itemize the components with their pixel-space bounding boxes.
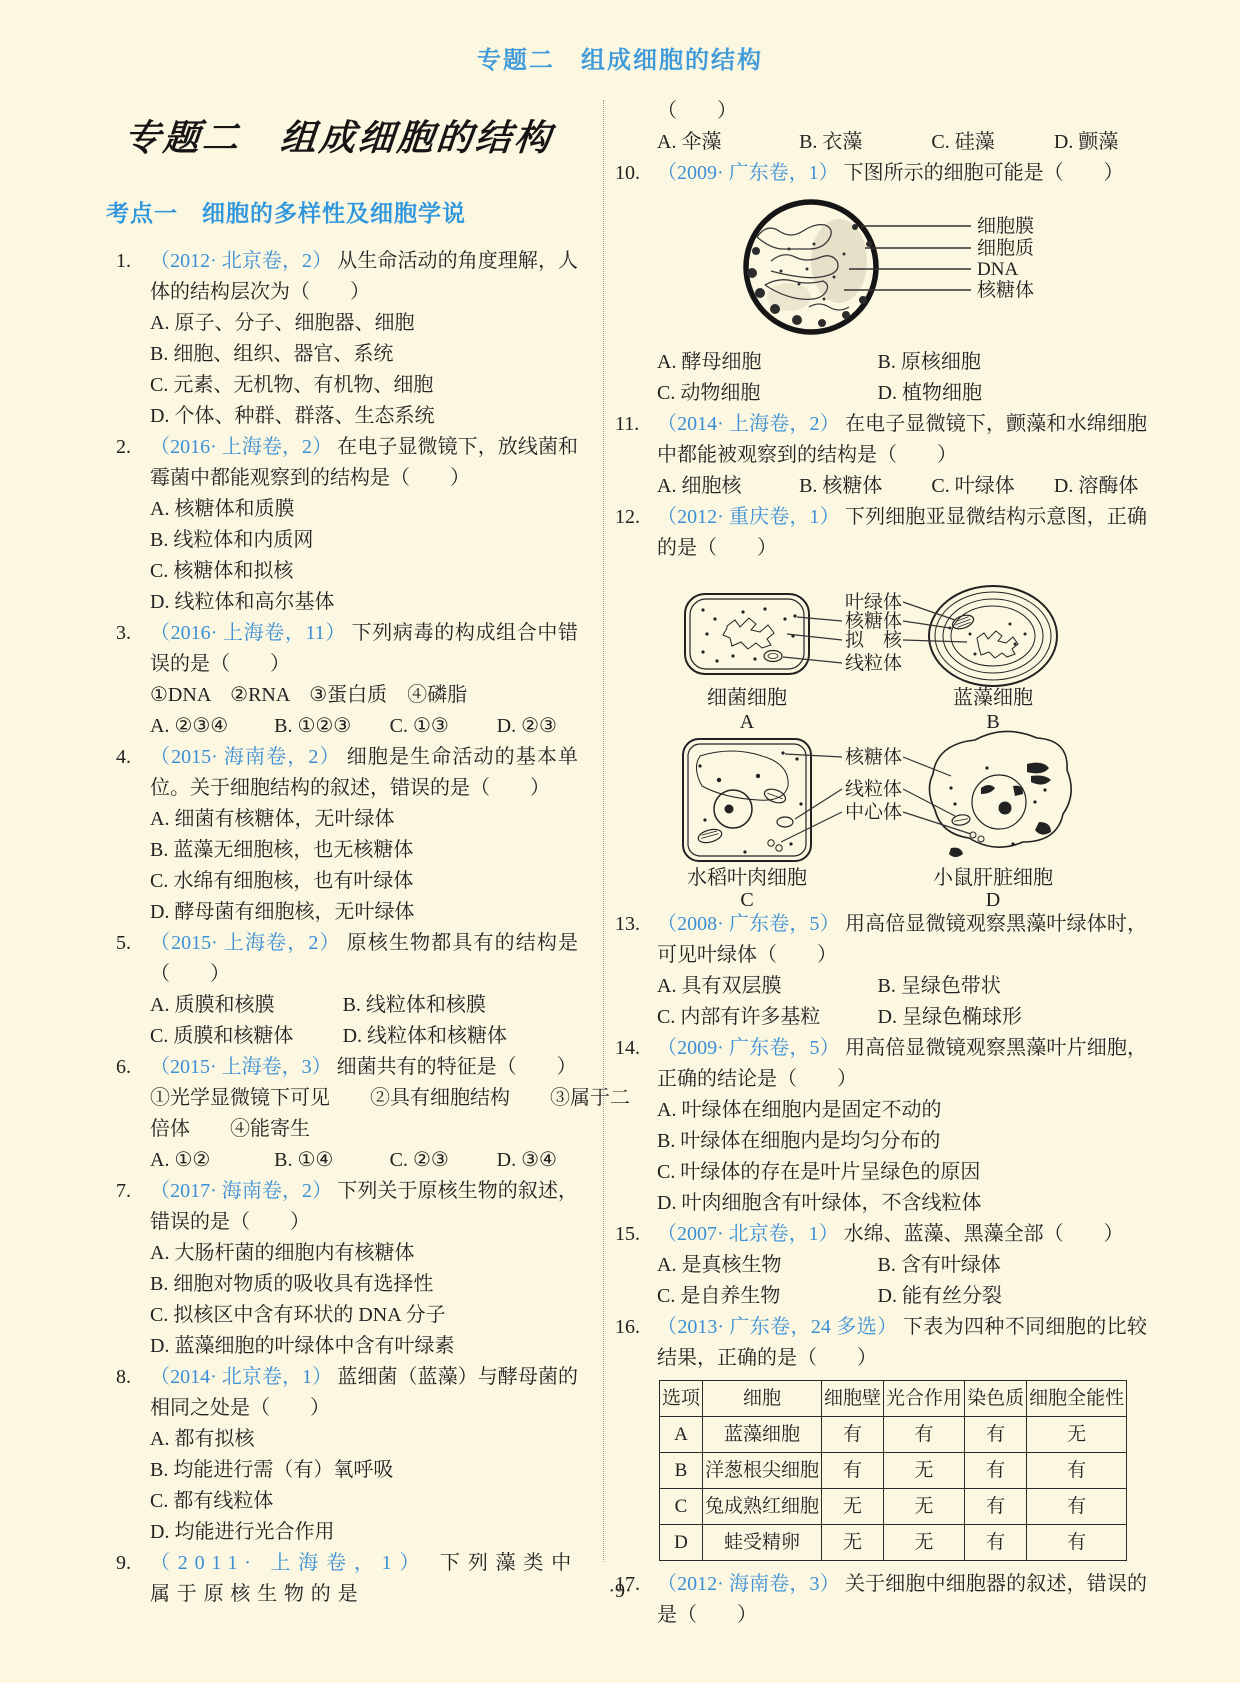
option: ①光学显微镜下可见 ②具有细胞结构 ③属于二	[150, 1083, 578, 1114]
question-body: （2016· 上海卷，11）下列病毒的构成组合中错误的是（ ）①DNA ②RNA…	[100, 618, 578, 742]
figure-caption-letter: A	[740, 711, 755, 733]
option-row: 倍体 ④能寄生	[150, 1114, 578, 1145]
table-cell: 有	[965, 1489, 1027, 1525]
question-number: 3.	[116, 618, 131, 649]
option: C. 内部有许多基粒	[657, 1002, 878, 1033]
figure-label: 叶绿体	[845, 591, 902, 613]
table-cell: 有	[1027, 1453, 1127, 1489]
option: D. 叶肉细胞含有叶绿体，不含线粒体	[657, 1188, 1147, 1219]
question-stem-text: 水绵、蓝藻、黑藻全部（ ）	[844, 1223, 1124, 1245]
option: C. 质膜和核糖体	[150, 1021, 343, 1052]
option-row: A. ①②B. ①④C. ②③D. ③④	[150, 1145, 578, 1176]
option-row: A. 伞藻B. 衣藻C. 硅藻D. 颤藻	[657, 127, 1147, 158]
option: A. 是真核生物	[657, 1250, 878, 1281]
main-title: 专题二 组成细胞的结构	[98, 110, 580, 161]
question-stem: （2012· 重庆卷，1）下列细胞亚显微结构示意图，正确的是（ ）	[657, 502, 1147, 564]
question-item: 1.（2012· 北京卷，2）从生命活动的角度理解，人体的结构层次为（ ）A. …	[100, 246, 578, 432]
option: A. 大肠杆菌的细胞内有核糖体	[150, 1238, 578, 1269]
question-stem-text: 下图所示的细胞可能是（ ）	[844, 162, 1124, 184]
option-row: B. 线粒体和内质网	[150, 525, 578, 556]
question-item: 11.（2014· 上海卷，2）在电子显微镜下，颤藻和水绵细胞中都能被观察到的结…	[615, 409, 1147, 502]
question-stem: （2014· 上海卷，2）在电子显微镜下，颤藻和水绵细胞中都能被观察到的结构是（…	[657, 409, 1147, 471]
option: B. 细胞对物质的吸收具有选择性	[150, 1269, 578, 1300]
question-number: 16.	[615, 1312, 640, 1343]
option-row: C. 质膜和核糖体D. 线粒体和核糖体	[150, 1021, 578, 1052]
option: B. 核糖体	[799, 471, 931, 502]
question-body: （2014· 上海卷，2）在电子显微镜下，颤藻和水绵细胞中都能被观察到的结构是（…	[615, 409, 1147, 502]
figure-caption-letter: C	[740, 889, 753, 909]
option-row: A. 细菌有核糖体，无叶绿体	[150, 804, 578, 835]
question-body: （2015· 海南卷，2）细胞是生命活动的基本单位。关于细胞结构的叙述，错误的是…	[100, 742, 578, 928]
question-citation: （2012· 重庆卷，1）	[657, 506, 845, 528]
table-cell: 有	[965, 1417, 1027, 1453]
option: A. 都有拟核	[150, 1424, 578, 1455]
table-header-cell: 光合作用	[884, 1381, 965, 1417]
figure-label: 线粒体	[845, 778, 902, 800]
question-item: 12.（2012· 重庆卷，1）下列细胞亚显微结构示意图，正确的是（ ）	[615, 502, 1147, 909]
option: 倍体 ④能寄生	[150, 1114, 578, 1145]
option: C. 硅藻	[931, 127, 1054, 158]
option-row: A. 核糖体和质膜	[150, 494, 578, 525]
question-body: （2015· 上海卷，2）原核生物都具有的结构是（ ）A. 质膜和核膜B. 线粒…	[100, 928, 578, 1052]
question-number: 4.	[116, 742, 131, 773]
option: C. 核糖体和拟核	[150, 556, 578, 587]
question-stem: （2009· 广东卷，5）用高倍显微镜观察黑藻叶片细胞，正确的结论是（ ）	[657, 1033, 1147, 1095]
prokaryote-cell-diagram: 细胞膜 细胞质 DNA 核糖体	[639, 189, 1139, 347]
table-header-cell: 染色质	[965, 1381, 1027, 1417]
figure-caption: 水稻叶肉细胞	[687, 866, 807, 889]
question-citation: （2013· 广东卷，24 多选）	[657, 1316, 903, 1338]
question-stem: （2008· 广东卷，5）用高倍显微镜观察黑藻叶绿体时，可见叶绿体（ ）	[657, 909, 1147, 971]
option: B. 均能进行需（有）氧呼吸	[150, 1455, 578, 1486]
option-row: A. 细胞核B. 核糖体C. 叶绿体D. 溶酶体	[657, 471, 1147, 502]
option-row: C. 核糖体和拟核	[150, 556, 578, 587]
table-cell: 无	[822, 1489, 884, 1525]
option-row: C. 水绵有细胞核，也有叶绿体	[150, 866, 578, 897]
option: D. 颤藻	[1054, 127, 1147, 158]
table-header-row: 选项细胞细胞壁光合作用染色质细胞全能性	[660, 1381, 1127, 1417]
cyanobacterium-cell	[929, 586, 1057, 686]
option: D. ③④	[497, 1145, 578, 1176]
option-row: D. 均能进行光合作用	[150, 1517, 578, 1548]
question-number: 14.	[615, 1033, 640, 1064]
table-cell: 有	[1027, 1525, 1127, 1561]
question-citation: （2014· 上海卷，2）	[657, 413, 845, 435]
table-cell: 有	[1027, 1489, 1127, 1525]
table-cell: 有	[822, 1417, 884, 1453]
question-number: 9.	[116, 1548, 131, 1579]
option: （ ）	[657, 96, 1147, 127]
question-stem: （2016· 上海卷，2）在电子显微镜下，放线菌和霉菌中都能观察到的结构是（ ）	[150, 432, 578, 494]
question-number: 8.	[116, 1362, 131, 1393]
option-row: D. 叶肉细胞含有叶绿体，不含线粒体	[657, 1188, 1147, 1219]
question-citation: （2009· 广东卷，1）	[657, 162, 844, 184]
question-citation: （2014· 北京卷，1）	[150, 1366, 337, 1388]
option-row: C. 元素、无机物、有机物、细胞	[150, 370, 578, 401]
option: D. 酵母菌有细胞核，无叶绿体	[150, 897, 578, 928]
question-stem: （2016· 上海卷，11）下列病毒的构成组合中错误的是（ ）	[150, 618, 578, 680]
question-stem: （2007· 北京卷，1）水绵、蓝藻、黑藻全部（ ）	[657, 1219, 1147, 1250]
question-body: （2007· 北京卷，1）水绵、蓝藻、黑藻全部（ ）A. 是真核生物B. 含有叶…	[615, 1219, 1147, 1312]
option: D. 均能进行光合作用	[150, 1517, 578, 1548]
option-row: C. 内部有许多基粒D. 呈绿色椭球形	[657, 1002, 1147, 1033]
column-divider	[603, 100, 604, 1562]
table-row: C兔成熟红细胞无无有有	[660, 1489, 1127, 1525]
bacterium-dots	[701, 607, 796, 662]
option-row: C. 叶绿体的存在是叶片呈绿色的原因	[657, 1157, 1147, 1188]
option: A. 伞藻	[657, 127, 799, 158]
option: A. 质膜和核膜	[150, 990, 343, 1021]
question-body: （2009· 广东卷，5）用高倍显微镜观察黑藻叶片细胞，正确的结论是（ ）A. …	[615, 1033, 1147, 1219]
option: A. 核糖体和质膜	[150, 494, 578, 525]
figure-label: 核糖体	[977, 279, 1034, 301]
question-stem: （2015· 上海卷，2）原核生物都具有的结构是（ ）	[150, 928, 578, 990]
table-cell: 蓝藻细胞	[703, 1417, 822, 1453]
option: A. 原子、分子、细胞器、细胞	[150, 308, 578, 339]
option-row: A. 都有拟核	[150, 1424, 578, 1455]
option-row: A. 质膜和核膜B. 线粒体和核膜	[150, 990, 578, 1021]
option: B. 衣藻	[799, 127, 931, 158]
question-item: 15.（2007· 北京卷，1）水绵、蓝藻、黑藻全部（ ）A. 是真核生物B. …	[615, 1219, 1147, 1312]
option-row: B. 均能进行需（有）氧呼吸	[150, 1455, 578, 1486]
question-body: （2016· 上海卷，2）在电子显微镜下，放线菌和霉菌中都能观察到的结构是（ ）…	[100, 432, 578, 618]
option: D. 植物细胞	[878, 378, 1148, 409]
question-citation: （2011· 上海卷，1）	[150, 1552, 440, 1574]
left-column: 专题二 组成细胞的结构 考点一 细胞的多样性及细胞学说 1.（2012· 北京卷…	[100, 96, 578, 1610]
question-item: 6.（2015· 上海卷，3）细菌共有的特征是（ ）①光学显微镜下可见 ②具有细…	[100, 1052, 578, 1176]
option: B. 蓝藻无细胞核，也无核糖体	[150, 835, 578, 866]
table-cell: 蛙受精卵	[703, 1525, 822, 1561]
table-header-cell: 细胞	[703, 1381, 822, 1417]
option-row: D. 酵母菌有细胞核，无叶绿体	[150, 897, 578, 928]
question-item: 2.（2016· 上海卷，2）在电子显微镜下，放线菌和霉菌中都能观察到的结构是（…	[100, 432, 578, 618]
option: A. 酵母细胞	[657, 347, 878, 378]
option: C. ①③	[390, 711, 497, 742]
option: A. 细菌有核糖体，无叶绿体	[150, 804, 578, 835]
question-number: 1.	[116, 246, 131, 277]
figure-label: 细胞膜	[977, 215, 1034, 237]
figure-label: 核糖体	[845, 746, 902, 768]
table-cell: 有	[965, 1525, 1027, 1561]
question-item: 5.（2015· 上海卷，2）原核生物都具有的结构是（ ）A. 质膜和核膜B. …	[100, 928, 578, 1052]
question-number: 15.	[615, 1219, 640, 1250]
table-header-cell: 选项	[660, 1381, 703, 1417]
option-row: A. 大肠杆菌的细胞内有核糖体	[150, 1238, 578, 1269]
page-header: 专题二 组成细胞的结构	[0, 40, 1240, 75]
question-item: 8.（2014· 北京卷，1）蓝细菌（蓝藻）与酵母菌的相同之处是（ ）A. 都有…	[100, 1362, 578, 1548]
question-item: 13.（2008· 广东卷，5）用高倍显微镜观察黑藻叶绿体时，可见叶绿体（ ）A…	[615, 909, 1147, 1033]
option-row: B. 叶绿体在细胞内是均匀分布的	[657, 1126, 1147, 1157]
option: B. 含有叶绿体	[878, 1250, 1148, 1281]
option: B. 细胞、组织、器官、系统	[150, 339, 578, 370]
question-citation: （2012· 北京卷，2）	[150, 250, 337, 272]
question-citation: （2016· 上海卷，11）	[150, 622, 352, 644]
question-stem: （2015· 海南卷，2）细胞是生命活动的基本单位。关于细胞结构的叙述，错误的是…	[150, 742, 578, 804]
figure-prokaryote-cell: 细胞膜 细胞质 DNA 核糖体	[639, 189, 1147, 347]
table-row: D蛙受精卵无无有有	[660, 1525, 1127, 1561]
question-body: （2015· 上海卷，3）细菌共有的特征是（ ）①光学显微镜下可见 ②具有细胞结…	[100, 1052, 578, 1176]
figure-label: 拟 核	[845, 629, 903, 651]
question-citation: （2015· 上海卷，3）	[150, 1056, 337, 1078]
table-cell: C	[660, 1489, 703, 1525]
table-cell: 有	[884, 1417, 965, 1453]
option-row: ①DNA ②RNA ③蛋白质 ④磷脂	[150, 680, 578, 711]
option: D. 能有丝分裂	[878, 1281, 1148, 1312]
option-row: （ ）	[657, 96, 1147, 127]
question-number: 12.	[615, 502, 640, 533]
table-cell: 无	[884, 1453, 965, 1489]
figure-caption-letter: D	[986, 889, 1000, 909]
question-item: 7.（2017· 海南卷，2）下列关于原核生物的叙述，错误的是（ ）A. 大肠杆…	[100, 1176, 578, 1362]
option: B. ①④	[274, 1145, 390, 1176]
table-cell: A	[660, 1417, 703, 1453]
question-body: （2017· 海南卷，2）下列关于原核生物的叙述，错误的是（ ）A. 大肠杆菌的…	[100, 1176, 578, 1362]
table-cell: 兔成熟红细胞	[703, 1489, 822, 1525]
option-row: D. 蓝藻细胞的叶绿体中含有叶绿素	[150, 1331, 578, 1362]
table-header-cell: 细胞壁	[822, 1381, 884, 1417]
option: B. 叶绿体在细胞内是均匀分布的	[657, 1126, 1147, 1157]
option: D. 线粒体和高尔基体	[150, 587, 578, 618]
option: C. ②③	[390, 1145, 497, 1176]
option-row: C. 拟核区中含有环状的 DNA 分子	[150, 1300, 578, 1331]
option: D. 呈绿色椭球形	[878, 1002, 1148, 1033]
question-body: （2009· 广东卷，1）下图所示的细胞可能是（ ）	[615, 158, 1147, 409]
option: C. 叶绿体	[931, 471, 1054, 502]
option: C. 都有线粒体	[150, 1486, 578, 1517]
question-number: 6.	[116, 1052, 131, 1083]
option: D. 蓝藻细胞的叶绿体中含有叶绿素	[150, 1331, 578, 1362]
table-cell: 洋葱根尖细胞	[703, 1453, 822, 1489]
question-body: （ ）A. 伞藻B. 衣藻C. 硅藻D. 颤藻	[615, 96, 1147, 158]
question-body: （2014· 北京卷，1）蓝细菌（蓝藻）与酵母菌的相同之处是（ ）A. 都有拟核…	[100, 1362, 578, 1548]
option-row: D. 线粒体和高尔基体	[150, 587, 578, 618]
section-heading: 考点一 细胞的多样性及细胞学说	[106, 195, 578, 228]
question-citation: （2017· 海南卷，2）	[150, 1180, 337, 1202]
option: C. 动物细胞	[657, 378, 878, 409]
figure-cell-ultrastructure: 叶绿体 核糖体 拟 核 线粒体 细菌细胞 A 蓝藻细胞 B	[615, 564, 1147, 909]
table-row: B洋葱根尖细胞有无有有	[660, 1453, 1127, 1489]
table-cell: 有	[822, 1453, 884, 1489]
question-body: （2008· 广东卷，5）用高倍显微镜观察黑藻叶绿体时，可见叶绿体（ ）A. 具…	[615, 909, 1147, 1033]
option-row: B. 蓝藻无细胞核，也无核糖体	[150, 835, 578, 866]
option-row: B. 细胞、组织、器官、系统	[150, 339, 578, 370]
question-body: （2012· 重庆卷，1）下列细胞亚显微结构示意图，正确的是（ ）	[615, 502, 1147, 909]
question-stem: （2015· 上海卷，3）细菌共有的特征是（ ）	[150, 1052, 578, 1083]
question-item: 10.（2009· 广东卷，1）下图所示的细胞可能是（ ）	[615, 158, 1147, 409]
option: D. 线粒体和核糖体	[343, 1021, 578, 1052]
comparison-table: 选项细胞细胞壁光合作用染色质细胞全能性A蓝藻细胞有有有无B洋葱根尖细胞有无有有C…	[659, 1380, 1127, 1561]
right-column: （ ）A. 伞藻B. 衣藻C. 硅藻D. 颤藻10.（2009· 广东卷，1）下…	[615, 96, 1147, 1631]
cell-ultrastructure-diagram: 叶绿体 核糖体 拟 核 线粒体 细菌细胞 A 蓝藻细胞 B	[615, 564, 1135, 909]
animal-cell	[929, 731, 1071, 857]
option: D. 溶酶体	[1054, 471, 1147, 502]
figure-label: 细胞质	[977, 237, 1034, 259]
table-cell: 有	[965, 1453, 1027, 1489]
table-cell: 无	[884, 1489, 965, 1525]
table-cell: 无	[884, 1525, 965, 1561]
table-cell: 无	[822, 1525, 884, 1561]
option: A. ①②	[150, 1145, 274, 1176]
option: B. 呈绿色带状	[878, 971, 1148, 1002]
option-row: D. 个体、种群、群落、生态系统	[150, 401, 578, 432]
question-body: （2012· 北京卷，2）从生命活动的角度理解，人体的结构层次为（ ）A. 原子…	[100, 246, 578, 432]
question-citation: （2016· 上海卷，2）	[150, 436, 337, 458]
figure-caption: 细菌细胞	[707, 686, 787, 709]
question-citation: （2008· 广东卷，5）	[657, 913, 845, 935]
option: B. 线粒体和内质网	[150, 525, 578, 556]
option: C. 是自养生物	[657, 1281, 878, 1312]
option-row: A. 是真核生物B. 含有叶绿体	[657, 1250, 1147, 1281]
option-row: A. 具有双层膜B. 呈绿色带状	[657, 971, 1147, 1002]
figure-label: 线粒体	[845, 652, 902, 674]
figure-caption: 蓝藻细胞	[953, 686, 1033, 709]
option-row: C. 动物细胞D. 植物细胞	[657, 378, 1147, 409]
table-row: A蓝藻细胞有有有无	[660, 1417, 1127, 1453]
option: A. 细胞核	[657, 471, 799, 502]
table-header-cell: 细胞全能性	[1027, 1381, 1127, 1417]
question-number: 10.	[615, 158, 640, 189]
question-item: 3.（2016· 上海卷，11）下列病毒的构成组合中错误的是（ ）①DNA ②R…	[100, 618, 578, 742]
option: D. 个体、种群、群落、生态系统	[150, 401, 578, 432]
question-number: 5.	[116, 928, 131, 959]
option-row: C. 是自养生物D. 能有丝分裂	[657, 1281, 1147, 1312]
question-stem: （2013· 广东卷，24 多选）下表为四种不同细胞的比较结果，正确的是（ ）	[657, 1312, 1147, 1374]
question-stem: （2012· 北京卷，2）从生命活动的角度理解，人体的结构层次为（ ）	[150, 246, 578, 308]
option-row: A. 原子、分子、细胞器、细胞	[150, 308, 578, 339]
exam-page: { "page": { "top_header": "专题二 组成细胞的结构",…	[0, 0, 1240, 1683]
option: A. ②③④	[150, 711, 274, 742]
question-citation: （2009· 广东卷，5）	[657, 1037, 845, 1059]
option: B. 线粒体和核膜	[343, 990, 578, 1021]
option-row: A. 酵母细胞B. 原核细胞	[657, 347, 1147, 378]
option-row: B. 细胞对物质的吸收具有选择性	[150, 1269, 578, 1300]
figure-caption-letter: B	[986, 711, 999, 733]
option-row: C. 都有线粒体	[150, 1486, 578, 1517]
question-number: 7.	[116, 1176, 131, 1207]
question-number: 11.	[615, 409, 639, 440]
question-number: 13.	[615, 909, 640, 940]
question-stem: （2009· 广东卷，1）下图所示的细胞可能是（ ）	[657, 158, 1147, 189]
question-item: 14.（2009· 广东卷，5）用高倍显微镜观察黑藻叶片细胞，正确的结论是（ ）…	[615, 1033, 1147, 1219]
question-stem: （2014· 北京卷，1）蓝细菌（蓝藻）与酵母菌的相同之处是（ ）	[150, 1362, 578, 1424]
table-cell: D	[660, 1525, 703, 1561]
question-citation: （2015· 上海卷，2）	[150, 932, 347, 954]
option-row: A. 叶绿体在细胞内是固定不动的	[657, 1095, 1147, 1126]
page-number: ·9·	[0, 1580, 1240, 1603]
option: B. 原核细胞	[878, 347, 1148, 378]
figure-label: DNA	[977, 259, 1018, 280]
figure-label: 核糖体	[845, 610, 902, 632]
option: ①DNA ②RNA ③蛋白质 ④磷脂	[150, 680, 578, 711]
option: A. 具有双层膜	[657, 971, 878, 1002]
question-citation: （2015· 海南卷，2）	[150, 746, 347, 768]
option: B. ①②③	[274, 711, 390, 742]
table-cell: B	[660, 1453, 703, 1489]
question-item: 16.（2013· 广东卷，24 多选）下表为四种不同细胞的比较结果，正确的是（…	[615, 1312, 1147, 1561]
option: C. 叶绿体的存在是叶片呈绿色的原因	[657, 1157, 1147, 1188]
option: C. 元素、无机物、有机物、细胞	[150, 370, 578, 401]
figure-label: 中心体	[845, 801, 902, 823]
option-row: A. ②③④B. ①②③C. ①③D. ②③	[150, 711, 578, 742]
option: C. 水绵有细胞核，也有叶绿体	[150, 866, 578, 897]
question-body: （2013· 广东卷，24 多选）下表为四种不同细胞的比较结果，正确的是（ ）选…	[615, 1312, 1147, 1561]
question-stem-text: 细菌共有的特征是（ ）	[337, 1056, 577, 1078]
option: D. ②③	[497, 711, 578, 742]
option: A. 叶绿体在细胞内是固定不动的	[657, 1095, 1147, 1126]
question-item: 4.（2015· 海南卷，2）细胞是生命活动的基本单位。关于细胞结构的叙述，错误…	[100, 742, 578, 928]
figure-caption: 小鼠肝脏细胞	[933, 866, 1053, 889]
question-stem: （2017· 海南卷，2）下列关于原核生物的叙述，错误的是（ ）	[150, 1176, 578, 1238]
option: C. 拟核区中含有环状的 DNA 分子	[150, 1300, 578, 1331]
table-cell: 无	[1027, 1417, 1127, 1453]
question-number: 2.	[116, 432, 131, 463]
option-row: ①光学显微镜下可见 ②具有细胞结构 ③属于二	[150, 1083, 578, 1114]
question-item: （ ）A. 伞藻B. 衣藻C. 硅藻D. 颤藻	[615, 96, 1147, 158]
question-citation: （2007· 北京卷，1）	[657, 1223, 844, 1245]
